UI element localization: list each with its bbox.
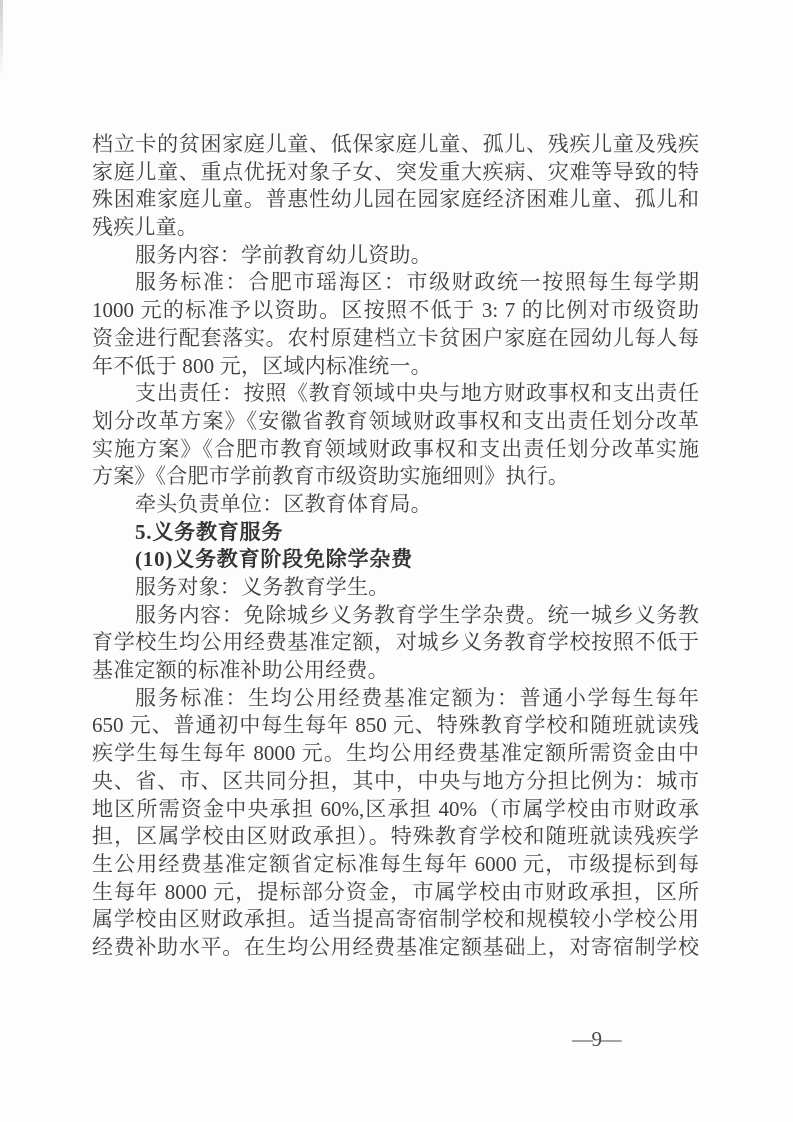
text-line: 方案》《合肥市学前教育市级资助实施细则》执行。 xyxy=(92,463,699,491)
page-number: —9— xyxy=(572,1027,620,1051)
text-line: 经费补助水平。在生均公用经费基准定额基础上，对寄宿制学校 xyxy=(92,934,699,962)
text-line: 疾学生每生每年 8000 元。生均公用经费基准定额所需资金由中 xyxy=(92,740,699,768)
document-body: 档立卡的贫困家庭儿童、低保家庭儿童、孤儿、残疾儿童及残疾家庭儿童、重点优抚对象子… xyxy=(92,131,699,962)
text-line: 地区所需资金中央承担 60%,区承担 40%（市属学校由市财政承 xyxy=(92,796,699,824)
heading-line: (10)义务教育阶段免除学杂费 xyxy=(92,546,699,574)
text-line: 殊困难家庭儿童。普惠性幼儿园在园家庭经济困难儿童、孤儿和 xyxy=(92,186,699,214)
text-line: 服务内容：免除城乡义务教育学生学杂费。统一城乡义务教 xyxy=(92,602,699,630)
text-line: 基准定额的标准补助公用经费。 xyxy=(92,657,699,685)
text-line: 牵头负责单位：区教育体育局。 xyxy=(92,491,699,519)
text-line: 担，区属学校由区财政承担）。特殊教育学校和随班就读残疾学 xyxy=(92,823,699,851)
text-line: 央、省、市、区共同分担，其中，中央与地方分担比例为：城市 xyxy=(92,768,699,796)
text-line: 服务内容：学前教育幼儿资助。 xyxy=(92,242,699,270)
text-line: 实施方案》《合肥市教育领域财政事权和支出责任划分改革实施 xyxy=(92,436,699,464)
text-line: 资金进行配套落实。农村原建档立卡贫困户家庭在园幼儿每人每 xyxy=(92,325,699,353)
text-line: 服务标准：生均公用经费基准定额为：普通小学每生每年 xyxy=(92,685,699,713)
text-line: 年不低于 800 元，区域内标准统一。 xyxy=(92,353,699,381)
text-line: 服务标准：合肥市瑶海区：市级财政统一按照每生每学期 xyxy=(92,269,699,297)
text-line: 育学校生均公用经费基准定额，对城乡义务教育学校按照不低于 xyxy=(92,629,699,657)
document-page: 档立卡的贫困家庭儿童、低保家庭儿童、孤儿、残疾儿童及残疾家庭儿童、重点优抚对象子… xyxy=(0,0,793,1122)
text-line: 档立卡的贫困家庭儿童、低保家庭儿童、孤儿、残疾儿童及残疾 xyxy=(92,131,699,159)
text-line: 属学校由区财政承担。适当提高寄宿制学校和规模较小学校公用 xyxy=(92,906,699,934)
text-line: 生每年 8000 元，提标部分资金，市属学校由市财政承担，区所 xyxy=(92,879,699,907)
heading-line: 5.义务教育服务 xyxy=(92,519,699,547)
text-line: 家庭儿童、重点优抚对象子女、突发重大疾病、灾难等导致的特 xyxy=(92,159,699,187)
scan-edge-artifact xyxy=(0,0,3,78)
text-line: 1000 元的标准予以资助。区按照不低于 3: 7 的比例对市级资助 xyxy=(92,297,699,325)
text-line: 残疾儿童。 xyxy=(92,214,699,242)
text-line: 划分改革方案》《安徽省教育领域财政事权和支出责任划分改革 xyxy=(92,408,699,436)
text-line: 生公用经费基准定额省定标准每生每年 6000 元，市级提标到每 xyxy=(92,851,699,879)
text-line: 650 元、普通初中每生每年 850 元、特殊教育学校和随班就读残 xyxy=(92,712,699,740)
text-line: 服务对象：义务教育学生。 xyxy=(92,574,699,602)
text-line: 支出责任：按照《教育领域中央与地方财政事权和支出责任 xyxy=(92,380,699,408)
